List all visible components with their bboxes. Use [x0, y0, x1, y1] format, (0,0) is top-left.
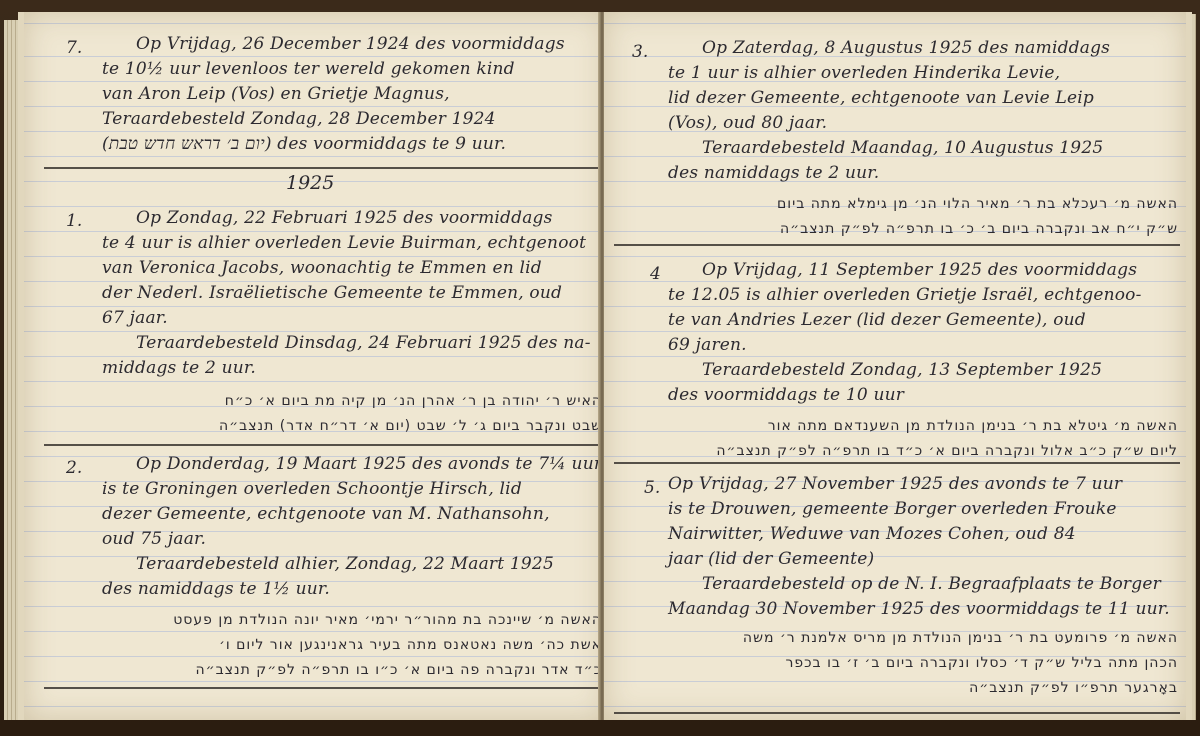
entry-4: Op Vrijdag, 11 September 1925 des voormi…: [668, 258, 1178, 464]
entry-line: 67 jaar.: [102, 306, 602, 331]
entry-number: 3.: [632, 42, 648, 62]
entry-line: Op Zaterdag, 8 Augustus 1925 des namidda…: [668, 36, 1178, 61]
entry-line: der Nederl. Israëlietische Gemeente te E…: [102, 281, 602, 306]
entry-5: Op Vrijdag, 27 November 1925 des avonds …: [668, 472, 1178, 701]
hebrew-line: האשה מ׳ גיטלא בת ר׳ בנימן הנולדת מן השענ…: [668, 414, 1178, 439]
section-divider: [614, 712, 1180, 714]
entry-line: te 12.05 is alhier overleden Grietje Isr…: [668, 283, 1178, 308]
entry-line: Op Zondag, 22 Februari 1925 des voormidd…: [102, 206, 602, 231]
entry-7-1924: Op Vrijdag, 26 December 1924 des voormid…: [102, 32, 602, 157]
entry-1: Op Zondag, 22 Februari 1925 des voormidd…: [102, 206, 602, 439]
section-divider: [614, 244, 1180, 246]
right-page: 3. Op Zaterdag, 8 Augustus 1925 des nami…: [604, 12, 1192, 720]
entry-line: Teraardebesteld alhier, Zondag, 22 Maart…: [102, 552, 602, 577]
entry-line: des namiddags te 2 uur.: [668, 161, 1178, 186]
open-ledger-book: 7. Op Vrijdag, 26 December 1924 des voor…: [0, 0, 1200, 736]
entry-line: (Vos), oud 80 jaar.: [668, 111, 1178, 136]
entry-3: Op Zaterdag, 8 Augustus 1925 des namidda…: [668, 36, 1178, 242]
entry-line: Op Donderdag, 19 Maart 1925 des avonds t…: [102, 452, 602, 477]
entry-line: des voormiddags te 10 uur: [668, 383, 1178, 408]
entry-number: 4: [650, 264, 661, 284]
entry-line: Nairwitter, Weduwe van Mozes Cohen, oud …: [668, 522, 1178, 547]
hebrew-line: הכהן מתה בליל ש״ק ד׳ כסלו ונקברה ביום ב׳…: [668, 651, 1178, 676]
entry-line: te 1 uur is alhier overleden Hinderika L…: [668, 61, 1178, 86]
left-page: 7. Op Vrijdag, 26 December 1924 des voor…: [18, 12, 606, 720]
entry-line: is te Groningen overleden Schoontje Hirs…: [102, 477, 602, 502]
entry-line: Op Vrijdag, 26 December 1924 des voormid…: [102, 32, 602, 57]
entry-number: 7.: [66, 38, 82, 58]
entry-line: te 4 uur is alhier overleden Levie Buirm…: [102, 231, 602, 256]
entry-line: oud 75 jaar.: [102, 527, 602, 552]
entry-line: 69 jaren.: [668, 333, 1178, 358]
entry-line: Teraardebesteld Zondag, 28 December 1924: [102, 107, 602, 132]
hebrew-line: האיש ר׳ יהודה בן ר׳ אהרן הנ׳ מן קיה מת ב…: [102, 389, 602, 414]
entry-line: Teraardebesteld op de N. I. Begraafplaat…: [668, 572, 1178, 597]
hebrew-line: האשה מ׳ פרומעט בת ר׳ בנימן הנולדת מן מרי…: [668, 626, 1178, 651]
section-divider: [614, 462, 1180, 464]
entry-line: is te Drouwen, gemeente Borger overleden…: [668, 497, 1178, 522]
entry-line: van Veronica Jacobs, woonachtig te Emmen…: [102, 256, 602, 281]
entry-line: Teraardebesteld Dinsdag, 24 Februari 192…: [102, 331, 602, 356]
section-divider: [44, 687, 604, 689]
hebrew-line: באָרגער תרפ״ו לפ״ק תנצב״ה: [668, 676, 1178, 701]
hebrew-line: אשת כה׳ משה נאטאנס מתה בעיר גראנינגען או…: [102, 633, 602, 658]
hebrew-line: האשה מ׳ שיינכה בת מהור״ר ירמי׳ מאיר יונה…: [102, 608, 602, 633]
entry-2: Op Donderdag, 19 Maart 1925 des avonds t…: [102, 452, 602, 683]
hebrew-line: ליום ש״ק כ״ב אלול ונקברה ביום א׳ כ״ד בו …: [668, 439, 1178, 464]
entry-line: Op Vrijdag, 11 September 1925 des voormi…: [668, 258, 1178, 283]
entry-line: Teraardebesteld Zondag, 13 September 192…: [668, 358, 1178, 383]
entry-line: Op Vrijdag, 27 November 1925 des avonds …: [668, 472, 1178, 497]
entry-line: van Aron Leip (Vos) en Grietje Magnus,: [102, 82, 602, 107]
entry-line: dezer Gemeente, echtgenoote van M. Natha…: [102, 502, 602, 527]
entry-line: Teraardebesteld Maandag, 10 Augustus 192…: [668, 136, 1178, 161]
entry-number: 5.: [644, 478, 660, 498]
entry-line: des namiddags te 1½ uur.: [102, 577, 602, 602]
hebrew-line: כ״ד אדר ונקברה פה ביום א׳ כ״ו בו תרפ״ה ל…: [102, 658, 602, 683]
entry-line: te van Andries Lezer (lid dezer Gemeente…: [668, 308, 1178, 333]
entry-line: jaar (lid der Gemeente): [668, 547, 1178, 572]
hebrew-line: האשה מ׳ רעכלא בת ר׳ מאיר הלוי הנ׳ מן גימ…: [668, 192, 1178, 217]
section-divider: [44, 167, 604, 169]
year-heading: 1925: [286, 172, 334, 194]
entry-number: 2.: [66, 458, 82, 478]
entry-number: 1.: [66, 211, 82, 231]
entry-line: te 10½ uur levenloos ter wereld gekomen …: [102, 57, 602, 82]
hebrew-line: שבט ונקבר ביום ג׳ ל׳ שבט (יום א׳ דר״ח אד…: [102, 414, 602, 439]
entry-line: lid dezer Gemeente, echtgenoote van Levi…: [668, 86, 1178, 111]
entry-line: middags te 2 uur.: [102, 356, 602, 381]
section-divider: [44, 444, 604, 446]
hebrew-line: ש״ק י״ח אב ונקברה ביום ב׳ כ׳ בו תרפ״ה לפ…: [668, 217, 1178, 242]
entry-line: Maandag 30 November 1925 des voormiddags…: [668, 597, 1178, 622]
entry-line: (יום ב׳ דראש חדש טבת) des voormiddags te…: [102, 132, 602, 157]
